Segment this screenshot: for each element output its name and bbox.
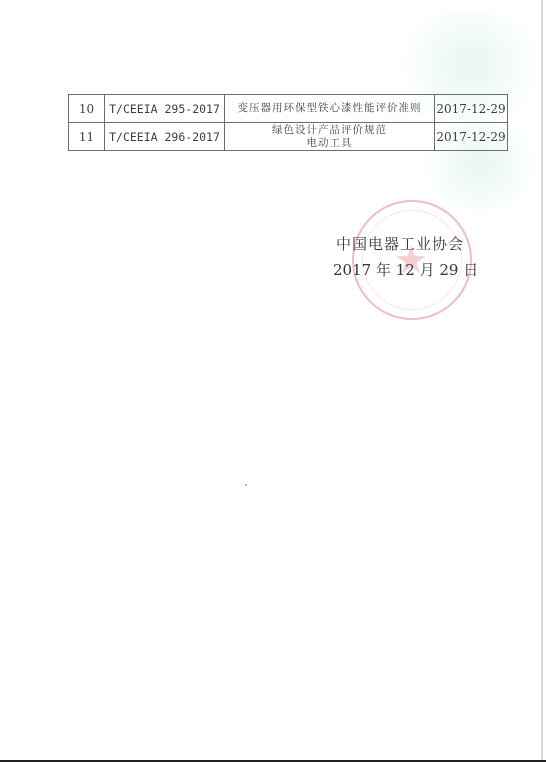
table-row: 11 T/CEEIA 296-2017 绿色设计产品评价规范 电动工具 2017… <box>69 123 508 151</box>
row-number: 11 <box>69 123 105 151</box>
release-date: 2017-12-29 <box>435 123 508 151</box>
standard-code: T/CEEIA 295-2017 <box>105 95 225 123</box>
standard-name-line: 变压器用环保型铁心漆性能评价准则 <box>225 102 434 115</box>
signing-organization: 中国电器工业协会 <box>336 233 464 254</box>
standards-table: 10 T/CEEIA 295-2017 变压器用环保型铁心漆性能评价准则 201… <box>68 94 508 151</box>
standard-code: T/CEEIA 296-2017 <box>105 123 225 151</box>
page-edge <box>541 0 543 762</box>
standard-name: 变压器用环保型铁心漆性能评价准则 <box>225 95 435 123</box>
standard-name-line: 电动工具 <box>225 137 434 150</box>
release-date: 2017-12-29 <box>435 95 508 123</box>
standard-name: 绿色设计产品评价规范 电动工具 <box>225 123 435 151</box>
table-row: 10 T/CEEIA 295-2017 变压器用环保型铁心漆性能评价准则 201… <box>69 95 508 123</box>
signing-date: 2017 年 12 月 29 日 <box>333 259 478 280</box>
standard-name-line: 绿色设计产品评价规范 <box>225 124 434 137</box>
row-number: 10 <box>69 95 105 123</box>
document-page: 10 T/CEEIA 295-2017 变压器用环保型铁心漆性能评价准则 201… <box>0 0 546 762</box>
scan-speck <box>245 484 247 486</box>
